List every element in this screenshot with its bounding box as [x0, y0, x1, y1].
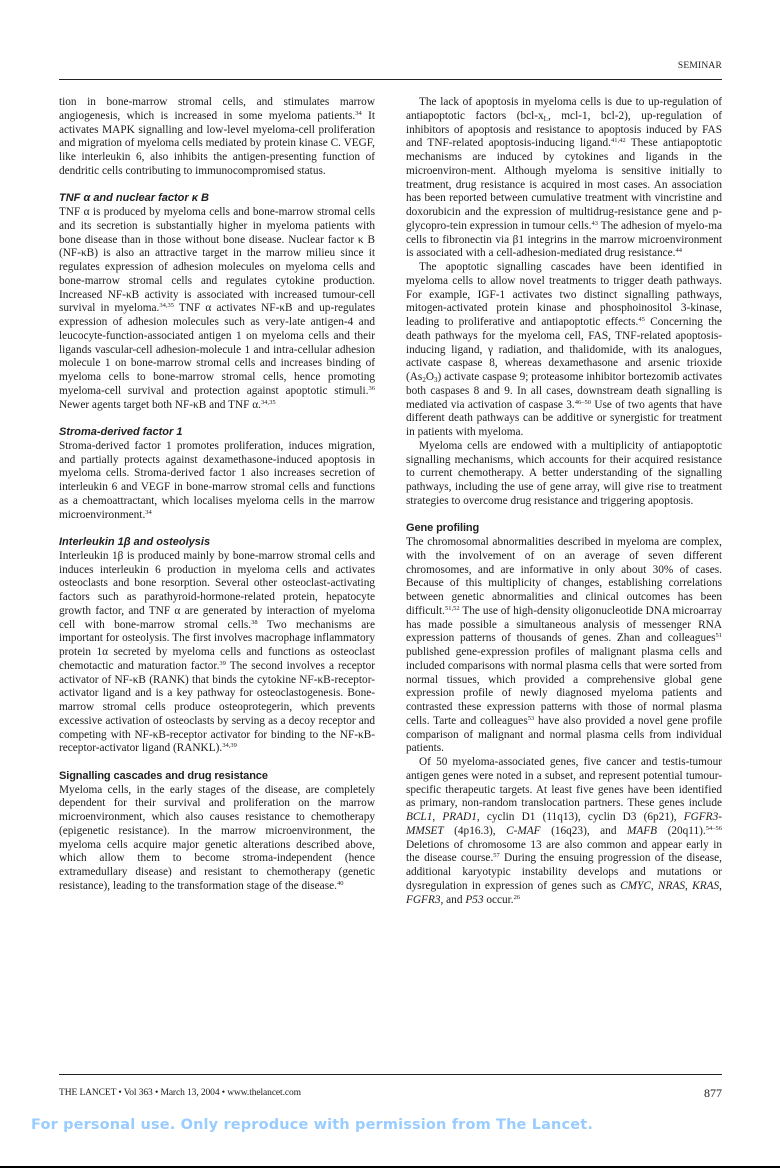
paragraph-gene-profiling: The chromosomal abnormalities described … — [406, 536, 722, 756]
subheading-tnf: TNF α and nuclear factor κ B — [59, 192, 375, 206]
paragraph-apoptosis: The lack of apoptosis in myeloma cells i… — [406, 96, 722, 261]
gene-name: PRAD1 — [442, 811, 477, 823]
citation-ref: 46–50 — [575, 399, 591, 406]
citation-ref: 26 — [514, 894, 521, 901]
citation-ref: 34 — [145, 509, 152, 516]
gene-name: KRAS — [692, 880, 719, 892]
citation-ref: 51 — [716, 632, 723, 639]
page-number: 877 — [660, 1086, 722, 1101]
right-column: The lack of apoptosis in myeloma cells i… — [406, 96, 722, 907]
citation-ref: 34,35 — [159, 302, 174, 309]
subheading-sdf1: Stroma-derived factor 1 — [59, 426, 375, 440]
citation-ref: 41,42 — [611, 137, 626, 144]
citation-ref: 40 — [337, 880, 344, 887]
paragraph-associated-genes: Of 50 myeloma-associated genes, five can… — [406, 756, 722, 907]
gene-name: P53 — [465, 894, 483, 906]
gene-name: MAFB — [627, 825, 657, 837]
footer-rule — [59, 1074, 722, 1075]
section-heading-signalling: Signalling cascades and drug resistance — [59, 770, 375, 784]
page-bottom-border — [0, 1166, 780, 1168]
citation-ref: 51,52 — [445, 605, 460, 612]
gene-name: NRAS — [658, 880, 685, 892]
citation-ref: 36 — [369, 385, 376, 392]
section-heading-gene-profiling: Gene profiling — [406, 522, 722, 536]
paragraph-tnf: TNF α is produced by myeloma cells and b… — [59, 206, 375, 412]
paragraph-vegf-continued: tion in bone-marrow stromal cells, and s… — [59, 96, 375, 179]
paragraph-sdf1: Stroma-derived factor 1 promotes prolife… — [59, 440, 375, 523]
gene-name: C-MAF — [506, 825, 541, 837]
paragraph-cascades: The apoptotic signalling cascades have b… — [406, 261, 722, 440]
citation-ref: 34,35 — [261, 399, 276, 406]
paragraph-multiplicity: Myeloma cells are endowed with a multipl… — [406, 440, 722, 509]
citation-ref: 44 — [675, 247, 682, 254]
top-rule — [59, 79, 722, 80]
subheading-interleukin: Interleukin 1β and osteolysis — [59, 536, 375, 550]
paragraph-interleukin: Interleukin 1β is produced mainly by bon… — [59, 550, 375, 756]
running-head: SEMINAR — [600, 61, 722, 71]
gene-name: FGFR3 — [406, 894, 441, 906]
permission-watermark: For personal use. Only reproduce with pe… — [31, 1117, 593, 1133]
gene-name: BCL1 — [406, 811, 432, 823]
left-column: tion in bone-marrow stromal cells, and s… — [59, 96, 375, 894]
citation-ref: 54–56 — [706, 825, 722, 832]
citation-ref: 34,39 — [222, 742, 237, 749]
gene-name: CMYC — [620, 880, 651, 892]
paragraph-signalling: Myeloma cells, in the early stages of th… — [59, 784, 375, 894]
footer-citation: THE LANCET • Vol 363 • March 13, 2004 • … — [59, 1088, 301, 1098]
